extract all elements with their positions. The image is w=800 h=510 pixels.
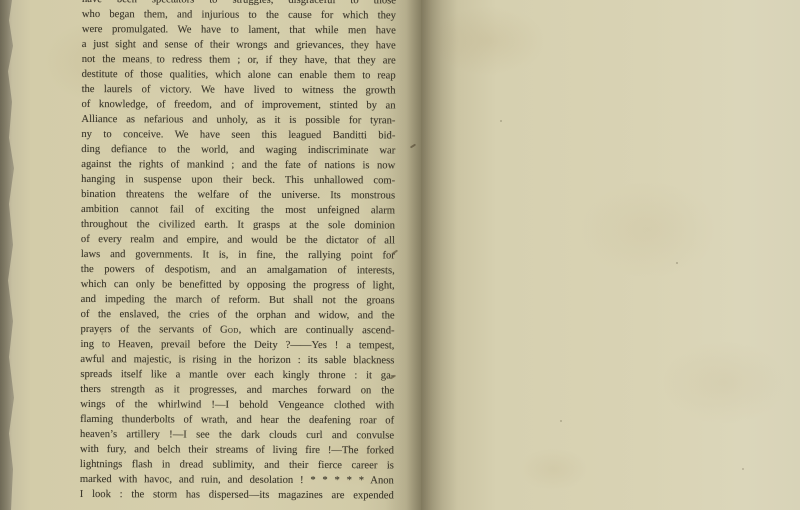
ink-specks — [0, 0, 2, 2]
text-line: throughout the civilized earth. It grasp… — [81, 217, 395, 233]
text-line: destitute of those qualities, which alon… — [82, 67, 396, 83]
text-line: who began them, and injurious to the cau… — [82, 7, 396, 23]
text-line: of the enslaved, the cries of the orphan… — [81, 307, 395, 323]
text-line: and impeding the march of reform. But sh… — [81, 292, 395, 308]
left-page: have been spectators to struggles, disgr… — [6, 0, 421, 510]
text-line: the powers of despotism, and an amalgama… — [81, 262, 395, 278]
text-line: bination threatens the welfare of the un… — [81, 187, 395, 203]
left-page-text: have been spectators to struggles, disgr… — [80, 0, 396, 503]
text-line: ing to Heaven, prevail before the Deity … — [80, 337, 394, 353]
text-line: thers strength as it progresses, and mar… — [80, 382, 394, 398]
text-line: ding defiance to the world, and waging i… — [81, 142, 395, 158]
text-line: prayers of the servants of God, which ar… — [80, 322, 394, 338]
text-line: Alliance as nefarious and unholy, as it … — [81, 112, 395, 128]
text-line: laws and governments. It is, in fine, th… — [81, 247, 395, 263]
text-line: the laurels of victory. We have lived to… — [82, 82, 396, 98]
text-line: flaming thunderbolts of wrath, and hear … — [80, 412, 394, 428]
text-line: which can only be benefitted by opposing… — [81, 277, 395, 293]
text-line: against the rights of mankind ; and the … — [81, 157, 395, 173]
text-line: ny to conceive. We have seen this league… — [81, 127, 395, 143]
right-page: where are the enemies of mankind ? where… — [421, 0, 800, 510]
text-line: awful and majestic, is rising in the hor… — [80, 352, 394, 368]
text-line: heaven’s artillery !—I see the dark clou… — [80, 427, 394, 443]
text-line: of every realm and empire, and would be … — [81, 232, 395, 248]
text-line: with fury, and belch their streams of li… — [80, 442, 394, 458]
text-line: spreads itself like a mantle over each k… — [80, 367, 394, 383]
text-line: not the means to redress them ; or, if t… — [82, 52, 396, 68]
text-line: of knowledge, of freedom, and of improve… — [81, 97, 395, 113]
text-line: hanging in suspense upon their beck. Thi… — [81, 172, 395, 188]
text-line: wings of the whirlwind !—I behold Vengea… — [80, 397, 394, 413]
text-line: I look : the storm has dispersed—its mag… — [80, 487, 394, 503]
text-line: were promulgated. We have to lament, tha… — [82, 22, 396, 38]
text-line: ambition cannot fail of exciting the mos… — [81, 202, 395, 218]
text-line: lightnings flash in dread sublimity, and… — [80, 457, 394, 473]
text-line: a just sight and sense of their wrongs a… — [82, 37, 396, 53]
text-line: marked with havoc, and ruin, and desolat… — [80, 472, 394, 488]
